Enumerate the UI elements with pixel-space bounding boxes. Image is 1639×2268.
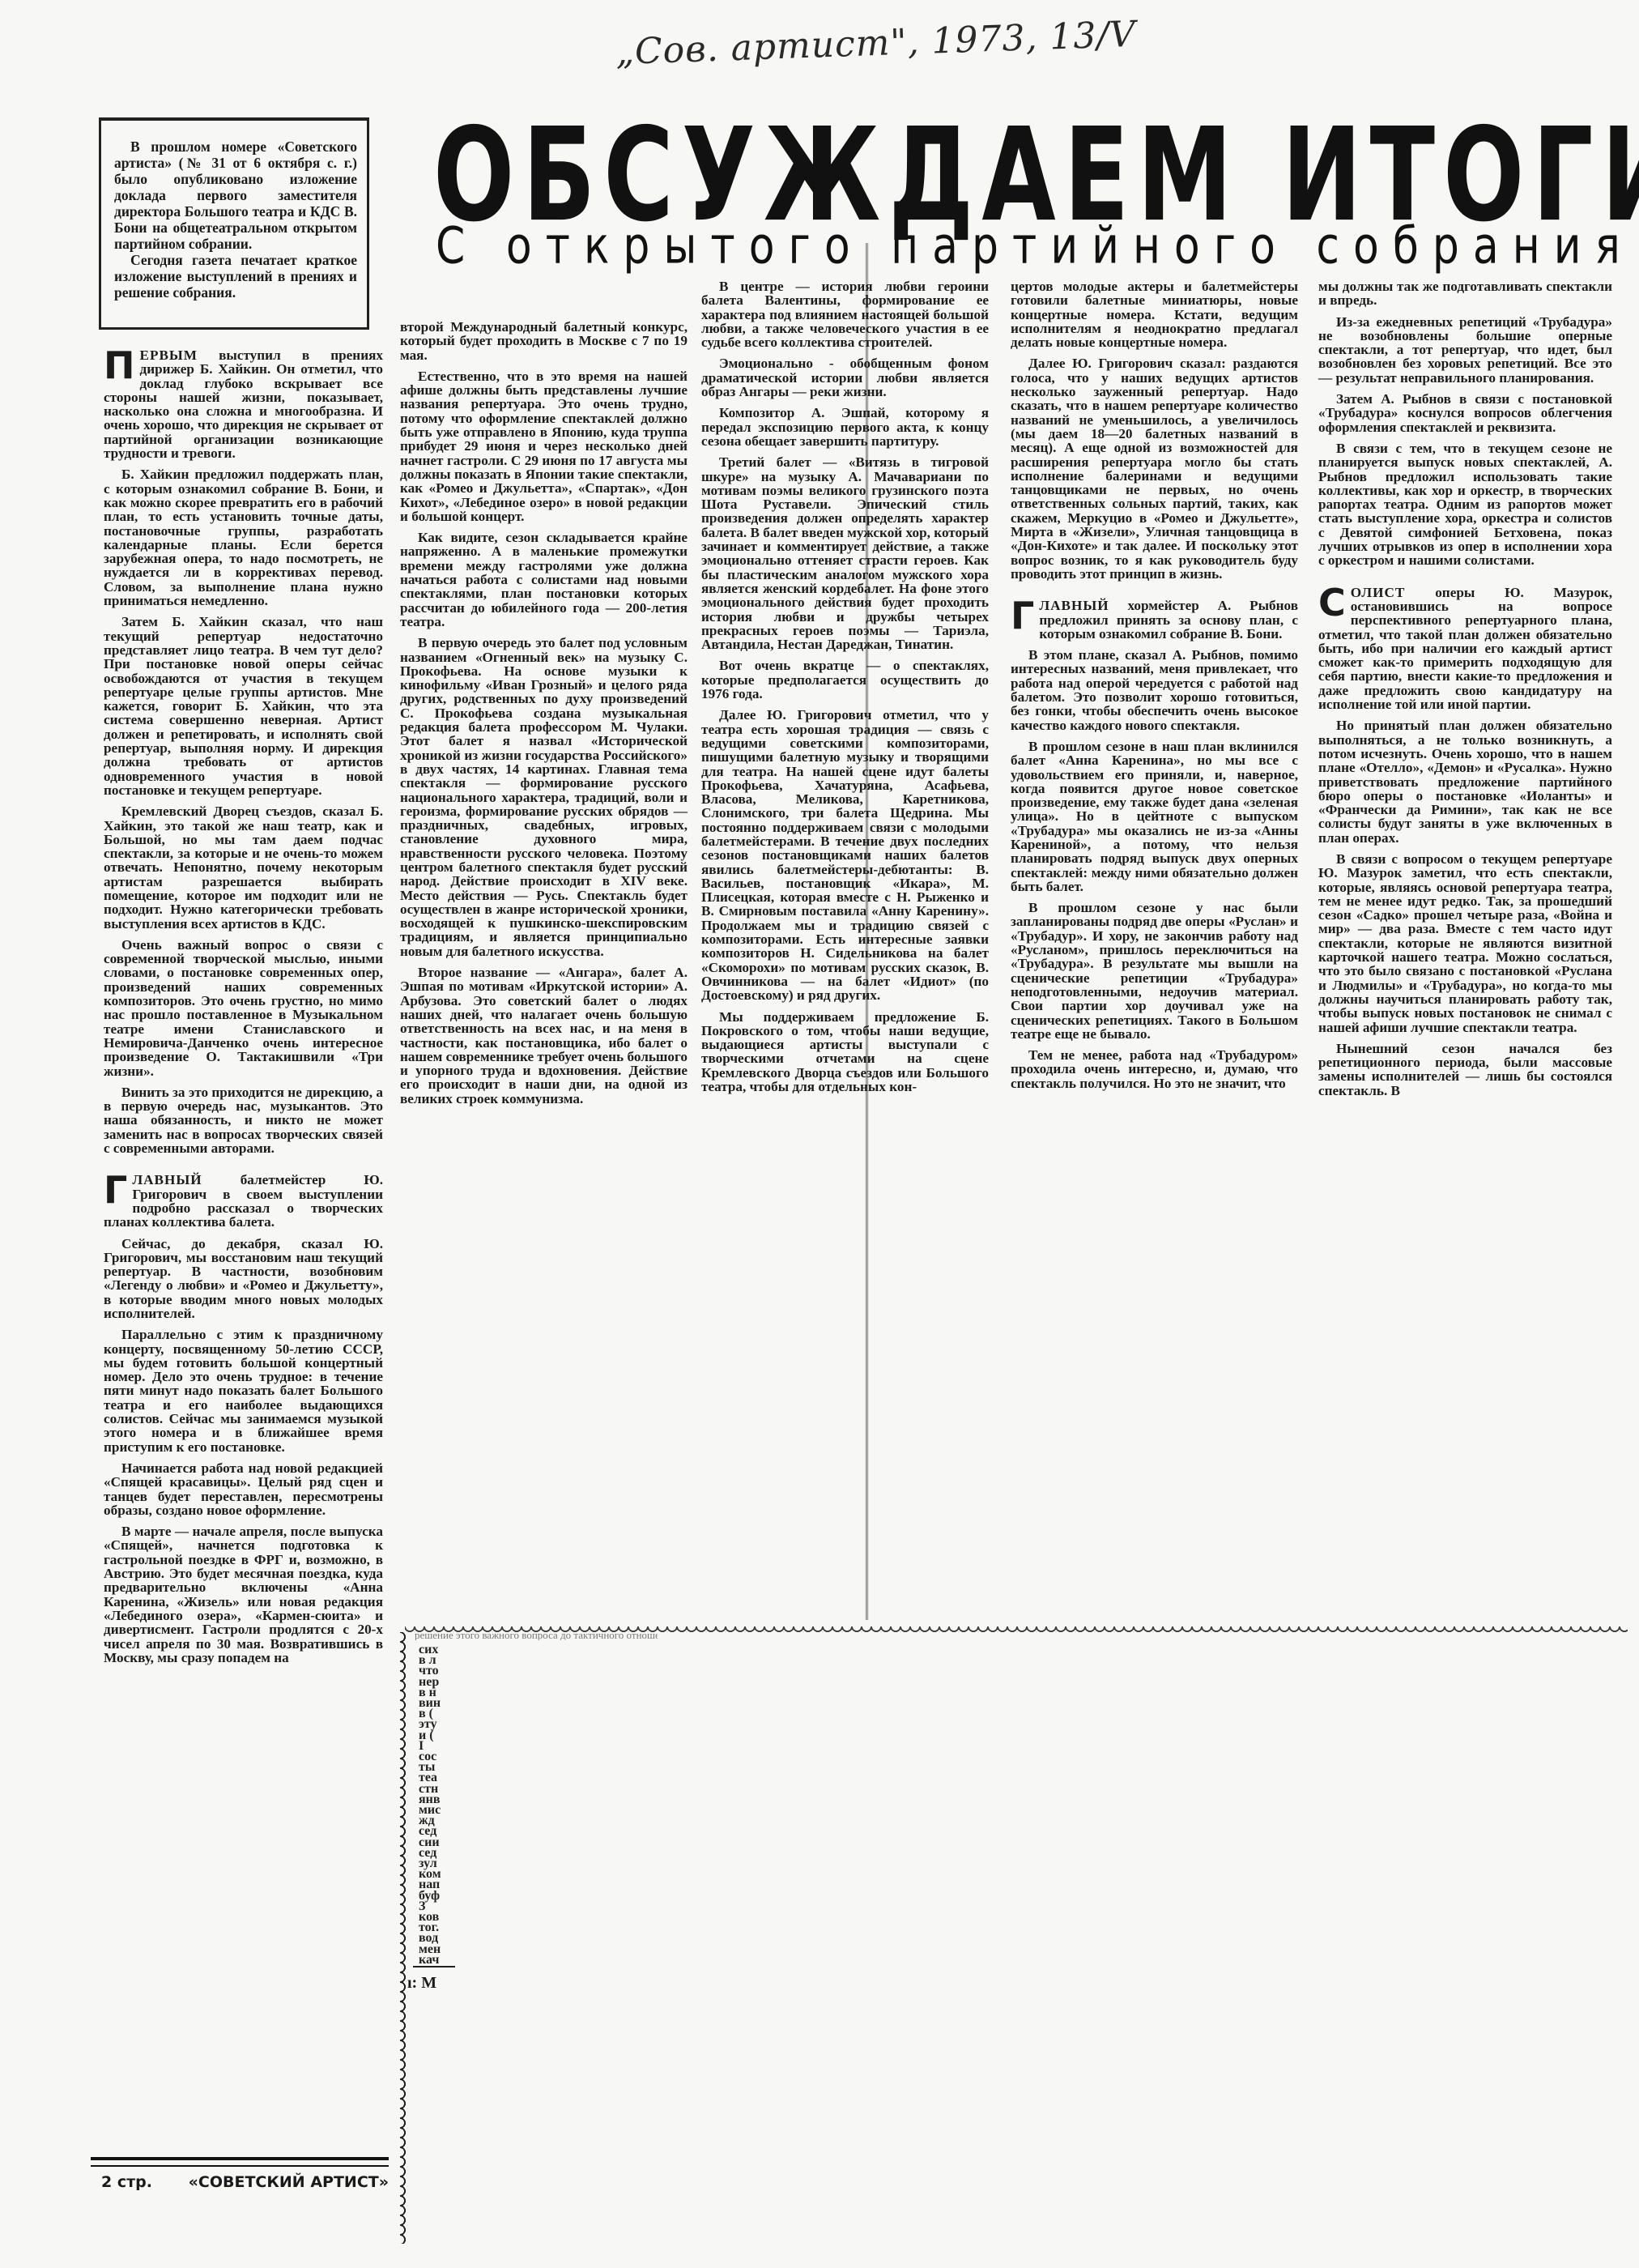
drop-cap: П — [104, 350, 135, 381]
paragraph: Нынешний сезон начался без репетиционног… — [1318, 1042, 1612, 1098]
paragraph: Начинается работа над новой редакцией «С… — [104, 1461, 383, 1517]
paragraph: В первую очередь это балет под условным … — [400, 636, 688, 958]
paragraph: Далее Ю. Григорович отметил, что у театр… — [701, 708, 989, 1002]
paragraph: Третий балет — «Витязь в тигровой шкуре»… — [701, 455, 989, 651]
paragraph: Параллельно с этим к праздничному концер… — [104, 1328, 383, 1454]
article-column-4: цертов молодые актеры и балетмейстеры го… — [1011, 279, 1298, 1098]
drop-cap: Г — [1011, 600, 1034, 631]
cut-fragment-rule — [413, 1966, 455, 1967]
speaker-name: А. Рыбнов — [1218, 598, 1298, 613]
paragraph: В прошлом сезоне у нас были запланирован… — [1011, 901, 1298, 1041]
article-column-5: мы должны так же подготавливать спектакл… — [1318, 279, 1612, 1105]
paragraph: В прошлом сезоне в наш план вклинился ба… — [1011, 740, 1298, 893]
paragraph: Винить за это приходится не дирекцию, а … — [104, 1085, 383, 1155]
page-number: 2 стр. — [101, 2173, 152, 2191]
paragraph: Б. Хайкин предложил поддержать план, с к… — [104, 467, 383, 607]
paragraph: Из-за ежедневных репетиций «Трубадура» н… — [1318, 315, 1612, 385]
intro-paragraph: В прошлом номере «Советского артиста» (№… — [114, 139, 357, 252]
article-column-2: второй Международный балетный конкурс, к… — [400, 320, 688, 1113]
speaker-lead-paragraph: ГЛАВНЫЙ хормейстер А. Рыбнов предложил п… — [1011, 599, 1298, 641]
paragraph: Далее Ю. Григорович сказал: раздаются го… — [1011, 356, 1298, 581]
paragraph: Кремлевский Дворец съездов, сказал Б. Ха… — [104, 804, 383, 931]
drop-cap: С — [1318, 587, 1346, 618]
paragraph: Как видите, сезон складывается крайне на… — [400, 531, 688, 629]
intro-paragraph: Сегодня газета печатает краткое изложени… — [114, 252, 357, 301]
footer-rule — [91, 2157, 389, 2167]
article-column-3: В центре — история любви героини балета … — [701, 279, 989, 1101]
page-subtitle: С открытого партийного собрания — [436, 217, 1626, 275]
paragraph: второй Международный балетный конкурс, к… — [400, 320, 688, 362]
paragraph: Вот очень вкратце — о спектаклях, которы… — [701, 659, 989, 701]
paragraph: В марте — начале апреля, после выпуска «… — [104, 1524, 383, 1665]
paragraph: Очень важный вопрос о связи с современно… — [104, 938, 383, 1078]
paragraph: В связи с вопросом о текущем репертуаре … — [1318, 852, 1612, 1034]
paragraph: Затем Б. Хайкин сказал, что наш текущий … — [104, 615, 383, 797]
speaker-lead-paragraph: ГЛАВНЫЙ балетмейстер Ю. Григорович в сво… — [104, 1173, 383, 1229]
paragraph: Тем не менее, работа над «Трубадуром» пр… — [1011, 1048, 1298, 1090]
paragraph: Сейчас, до декабря, сказал Ю. Григорович… — [104, 1237, 383, 1321]
page-footer: 2 стр. «СОВЕТСКИЙ АРТИСТ» — [101, 2173, 389, 2191]
paragraph: Естественно, что в это время на нашей аф… — [400, 369, 688, 523]
archival-annotation: „Сов. артист", 1973, 13/V — [615, 14, 1136, 73]
speaker-name: Б. Хайкин. — [200, 361, 270, 377]
article-column-1: ПЕРВЫМ выступил в прениях дирижер Б. Хай… — [104, 348, 383, 1672]
paragraph: Мы поддерживаем предложение Б. Покровско… — [701, 1010, 989, 1094]
cut-fragment-footer: ı: М — [407, 1974, 456, 1993]
cut-fragment-line: кач — [419, 1955, 451, 1965]
paragraph: В связи с тем, что в текущем сезоне не п… — [1318, 441, 1612, 568]
paragraph: цертов молодые актеры и балетмейстеры го… — [1011, 279, 1298, 349]
editorial-intro-box: В прошлом номере «Советского артиста» (№… — [99, 117, 369, 330]
paragraph: Затем А. Рыбнов в связи с постановкой «Т… — [1318, 392, 1612, 434]
paragraph: Но принятый план должен обязательно выпо… — [1318, 718, 1612, 845]
wavy-cut-border-left — [400, 1632, 411, 2244]
paragraph: В центре — история любви героини балета … — [701, 279, 989, 349]
cut-fragment-line: и ( — [419, 1730, 451, 1741]
paragraph: мы должны так же подготавливать спектакл… — [1318, 279, 1612, 308]
speaker-lead-paragraph: ПЕРВЫМ выступил в прениях дирижер Б. Хай… — [104, 348, 383, 460]
paragraph: Второе название — «Ангара», балет А. Эшп… — [400, 966, 688, 1106]
paragraph: Композитор А. Эшпай, которому я передал … — [701, 406, 989, 448]
cut-fragment-column: сихв лчтонерв нвинв (этуи ( Iсостытеастн… — [419, 1644, 451, 1965]
speaker-lead-paragraph: СОЛИСТ оперы Ю. Мазурок, остановившись н… — [1318, 586, 1612, 712]
newspaper-name: «СОВЕТСКИЙ АРТИСТ» — [189, 2173, 389, 2191]
paragraph: В этом плане, сказал А. Рыбнов, помимо и… — [1011, 648, 1298, 732]
speaker-name: Ю. Мазурок, — [1505, 585, 1612, 600]
paragraph: Эмоционально - обобщенным фоном драматич… — [701, 356, 989, 399]
cut-fragment-top-line: решение этого важного вопроса до тактичн… — [415, 1631, 658, 1640]
drop-cap: Г — [104, 1174, 127, 1205]
